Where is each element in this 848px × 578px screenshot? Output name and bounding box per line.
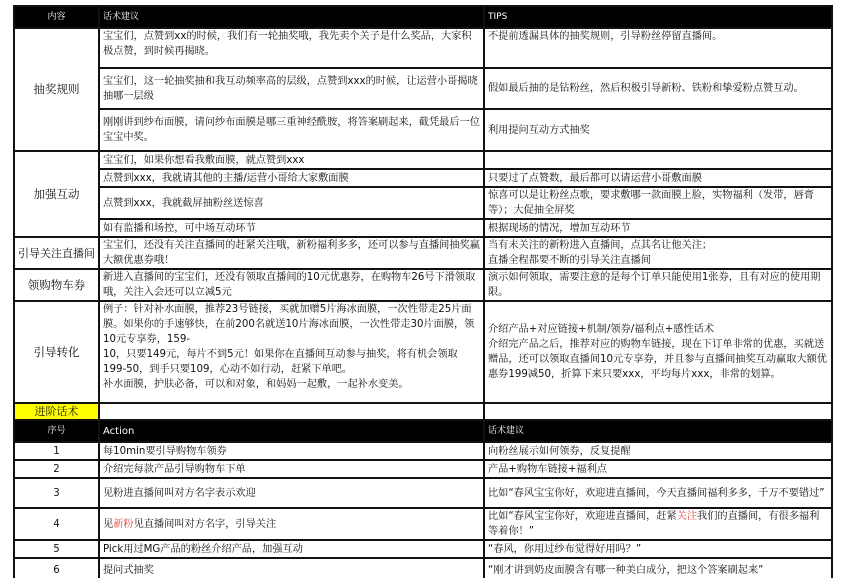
script-cell: 点赞到xxx，我就请其他的主播/运营小哥给大家敷面膜 — [99, 169, 484, 187]
header-no: 序号 — [14, 420, 99, 442]
action-cell: 提问式抽奖 — [99, 558, 484, 578]
header-action: Action — [99, 420, 484, 442]
table-row: 引导关注直播间 宝宝们，还没有关注直播间的赶紧关注哦，新粉福利多多，还可以参与直… — [14, 237, 832, 269]
script-cell: 宝宝们，这一轮抽奖抽和我互动频率高的层级，点赞到xxx的时候，让运营小哥揭晓抽哪… — [99, 68, 484, 109]
action-text: 见 — [103, 519, 113, 530]
table-row: 2 介绍完每款产品引导购物车下单 产品+购物车链接+福利点 — [14, 460, 832, 478]
row-number: 1 — [14, 442, 99, 460]
script-cell: 比如“春风宝宝你好，欢迎进直播间，今天直播间福利多多，千万不要错过” — [484, 478, 832, 508]
table-row: 点赞到xxx，我就请其他的主播/运营小哥给大家敷面膜 只要过了点赞数，最后都可以… — [14, 169, 832, 187]
spreadsheet: 内容 话术建议 TIPS 抽奖规则 宝宝们，点赞到xx的时候，我们有一轮抽奖哦，… — [13, 5, 831, 578]
section-label-follow: 引导关注直播间 — [14, 237, 99, 269]
tip-cell: 利用提问互动方式抽奖 — [484, 109, 832, 151]
tip-cell: 不提前透漏具体的抽奖规则，引导粉丝停留直播间。 — [484, 28, 832, 68]
action-cell: Pick用过MG产品的粉丝介绍产品，加强互动 — [99, 540, 484, 558]
table-row: 5 Pick用过MG产品的粉丝介绍产品，加强互动 “春风，你用过纱布觉得好用吗？… — [14, 540, 832, 558]
section-label-interaction: 加强互动 — [14, 151, 99, 237]
table-row: 抽奖规则 宝宝们，点赞到xx的时候，我们有一轮抽奖哦，我先卖个关子是什么奖品，大… — [14, 28, 832, 68]
table-row: 1 每10min要引导购物车领券 向粉丝展示如何领券，反复提醒 — [14, 442, 832, 460]
script-cell: 产品+购物车链接+福利点 — [484, 460, 832, 478]
advanced-section-row: 进阶话术 — [14, 403, 832, 420]
table-row: 引导转化 例子：针对补水面膜，推荐23号链接，买就加赠5片海冰面膜，一次性带走2… — [14, 301, 832, 403]
tip-cell: 假如最后抽的是钻粉丝，然后积极引导新粉、铁粉和挚爱粉点赞互动。 — [484, 68, 832, 109]
table-row: 领购物车券 新进入直播间的宝宝们，还没有领取直播间的10元优惠券，在购物车26号… — [14, 269, 832, 301]
table-row: 6 提问式抽奖 “刚才讲到奶皮面膜含有哪一种美白成分，把这个答案刷起来” — [14, 558, 832, 578]
row-number: 5 — [14, 540, 99, 558]
table-row: 3 见粉进直播间叫对方名字表示欢迎 比如“春风宝宝你好，欢迎进直播间，今天直播间… — [14, 478, 832, 508]
table-row: 4 见新粉见直播间叫对方名字，引导关注 比如“春风宝宝你好，欢迎进直播间，赶紧关… — [14, 508, 832, 540]
script-cell: 刚刚讲到纱布面膜，请问纱布面膜是哪三重神经酰胺，将答案刷起来，截凭最后一位宝宝中… — [99, 109, 484, 151]
script-cell: “春风，你用过纱布觉得好用吗？” — [484, 540, 832, 558]
header-content: 内容 — [14, 6, 99, 28]
row-number: 6 — [14, 558, 99, 578]
table-row: 如有监播和场控，可中场互动环节 根据现场的情况，增加互动环节 — [14, 219, 832, 237]
script-cell: 新进入直播间的宝宝们，还没有领取直播间的10元优惠券，在购物车26号下滑领取哦，… — [99, 269, 484, 301]
header-tips: TIPS — [484, 6, 832, 28]
table-row: 宝宝们，这一轮抽奖抽和我互动频率高的层级，点赞到xxx的时候，让运营小哥揭晓抽哪… — [14, 68, 832, 109]
advanced-header-row: 序号 Action 话术建议 — [14, 420, 832, 442]
tip-cell: 演示如何领取，需要注意的是每个订单只能使用1张券，且有对应的使用期限。 — [484, 269, 832, 301]
script-cell: 宝宝们，点赞到xx的时候，我们有一轮抽奖哦，我先卖个关子是什么奖品，大家积极点赞… — [99, 28, 484, 68]
script-cell: 宝宝们，还没有关注直播间的赶紧关注哦，新粉福利多多，还可以参与直播间抽奖赢大额优… — [99, 237, 484, 269]
tip-cell: 只要过了点赞数，最后都可以请运营小哥敷面膜 — [484, 169, 832, 187]
row-number: 2 — [14, 460, 99, 478]
header-row: 内容 话术建议 TIPS — [14, 6, 832, 28]
action-cell: 每10min要引导购物车领券 — [99, 442, 484, 460]
tip-cell: 当有未关注的新粉进入直播间，点其名让他关注； 直播全程都要不断的引导关注直播间 — [484, 237, 832, 269]
section-label-coupon: 领购物车券 — [14, 269, 99, 301]
empty-cell — [99, 403, 484, 420]
highlight-text: 关注 — [677, 511, 697, 522]
script-cell: “刚才讲到奶皮面膜含有哪一种美白成分，把这个答案刷起来” — [484, 558, 832, 578]
empty-cell — [484, 403, 832, 420]
section-label-advanced: 进阶话术 — [14, 403, 99, 420]
section-label-lottery: 抽奖规则 — [14, 28, 99, 151]
tip-cell — [484, 151, 832, 169]
script-cell: 比如“春风宝宝你好，欢迎进直播间，赶紧关注我们的直播间，有很多福利等着你！” — [484, 508, 832, 540]
header-script: 话术建议 — [484, 420, 832, 442]
table-row: 加强互动 宝宝们，如果你想看我敷面膜，就点赞到xxx — [14, 151, 832, 169]
script-cell: 点赞到xxx，我就截屏抽粉丝送惊喜 — [99, 187, 484, 219]
action-text: 见直播间叫对方名字，引导关注 — [134, 519, 277, 530]
header-script: 话术建议 — [99, 6, 484, 28]
row-number: 4 — [14, 508, 99, 540]
script-cell: 向粉丝展示如何领券，反复提醒 — [484, 442, 832, 460]
action-cell: 见新粉见直播间叫对方名字，引导关注 — [99, 508, 484, 540]
tip-cell: 根据现场的情况，增加互动环节 — [484, 219, 832, 237]
script-cell: 例子：针对补水面膜，推荐23号链接，买就加赠5片海冰面膜，一次性带走25片面膜。… — [99, 301, 484, 403]
table-row: 点赞到xxx，我就截屏抽粉丝送惊喜 惊喜可以是让粉丝点歌，要求敷哪一款面膜上脸，… — [14, 187, 832, 219]
section-label-conversion: 引导转化 — [14, 301, 99, 403]
row-number: 3 — [14, 478, 99, 508]
action-cell: 介绍完每款产品引导购物车下单 — [99, 460, 484, 478]
livestream-script-table: 内容 话术建议 TIPS 抽奖规则 宝宝们，点赞到xx的时候，我们有一轮抽奖哦，… — [13, 5, 833, 578]
highlight-text: 新粉 — [113, 519, 133, 530]
script-cell: 如有监播和场控，可中场互动环节 — [99, 219, 484, 237]
action-cell: 见粉进直播间叫对方名字表示欢迎 — [99, 478, 484, 508]
table-row: 刚刚讲到纱布面膜，请问纱布面膜是哪三重神经酰胺，将答案刷起来，截凭最后一位宝宝中… — [14, 109, 832, 151]
script-text: 比如“春风宝宝你好，欢迎进直播间，赶紧 — [488, 511, 677, 522]
script-cell: 宝宝们，如果你想看我敷面膜，就点赞到xxx — [99, 151, 484, 169]
tip-cell: 介绍产品+对应链接+机制/领券/福利点+感性话术 介绍完产品之后，推荐对应的购物… — [484, 301, 832, 403]
tip-cell: 惊喜可以是让粉丝点歌，要求敷哪一款面膜上脸，实物福利（发带，唇膏等）；大促抽全屏… — [484, 187, 832, 219]
